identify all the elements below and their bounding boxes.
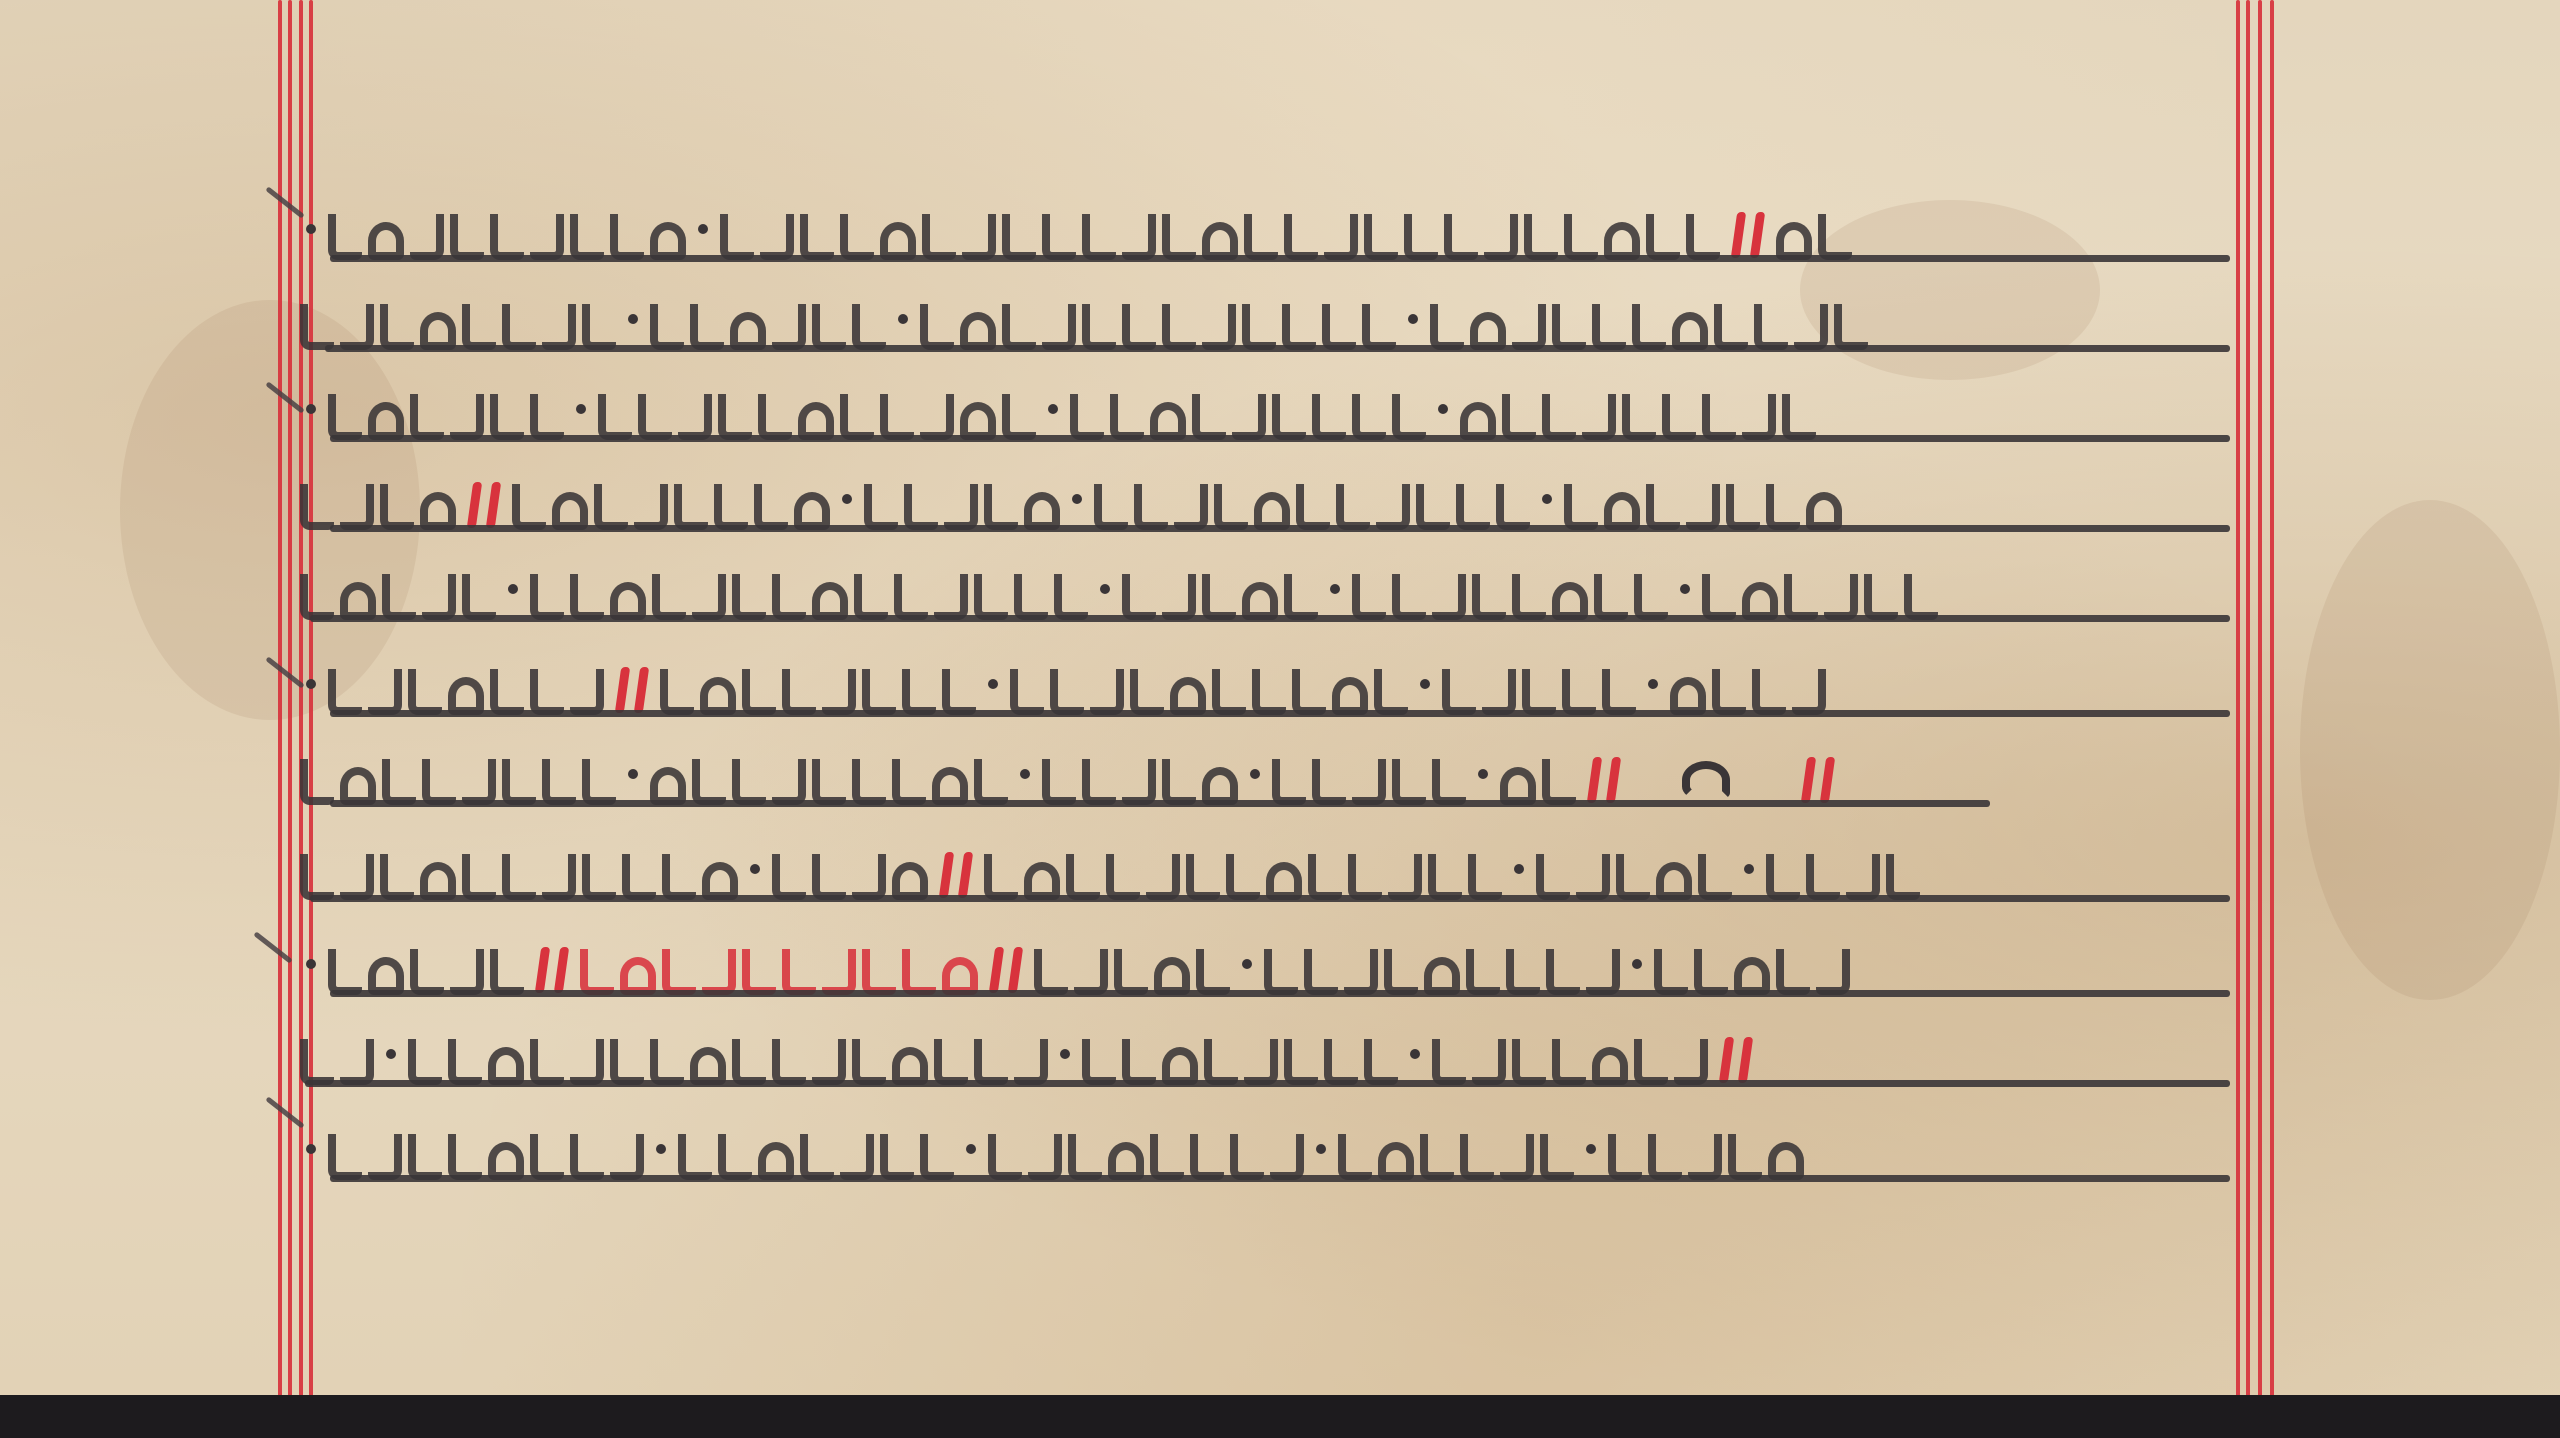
line-2-headstroke xyxy=(325,345,2230,352)
line-3-headstroke xyxy=(330,435,2230,442)
red-double-danda xyxy=(1722,1037,1750,1083)
invocation-symbol xyxy=(1682,761,1730,799)
line-7-headstroke xyxy=(330,800,1990,807)
line-10-headstroke xyxy=(305,1080,2230,1087)
red-double-danda xyxy=(992,947,1020,993)
line-8-headstroke xyxy=(310,895,2230,902)
line-1-headstroke xyxy=(330,255,2230,262)
red-double-danda xyxy=(942,852,970,898)
line-6-headstroke xyxy=(330,710,2230,717)
dark-backdrop xyxy=(0,1395,2560,1438)
red-double-danda xyxy=(1734,212,1762,258)
line-9-headstroke xyxy=(330,990,2230,997)
red-double-danda xyxy=(618,667,646,713)
margin-tick xyxy=(253,931,292,963)
line-4-headstroke xyxy=(330,525,2230,532)
red-double-danda xyxy=(1590,757,1618,803)
red-double-danda xyxy=(470,482,498,528)
line-11-headstroke xyxy=(330,1175,2230,1182)
red-double-danda xyxy=(538,947,566,993)
manuscript-folio: Manuscript folio in ink on paper, photog… xyxy=(0,0,2560,1402)
red-double-danda xyxy=(1804,757,1832,803)
line-5-headstroke xyxy=(310,615,2230,622)
paper-stain xyxy=(2300,500,2560,1000)
